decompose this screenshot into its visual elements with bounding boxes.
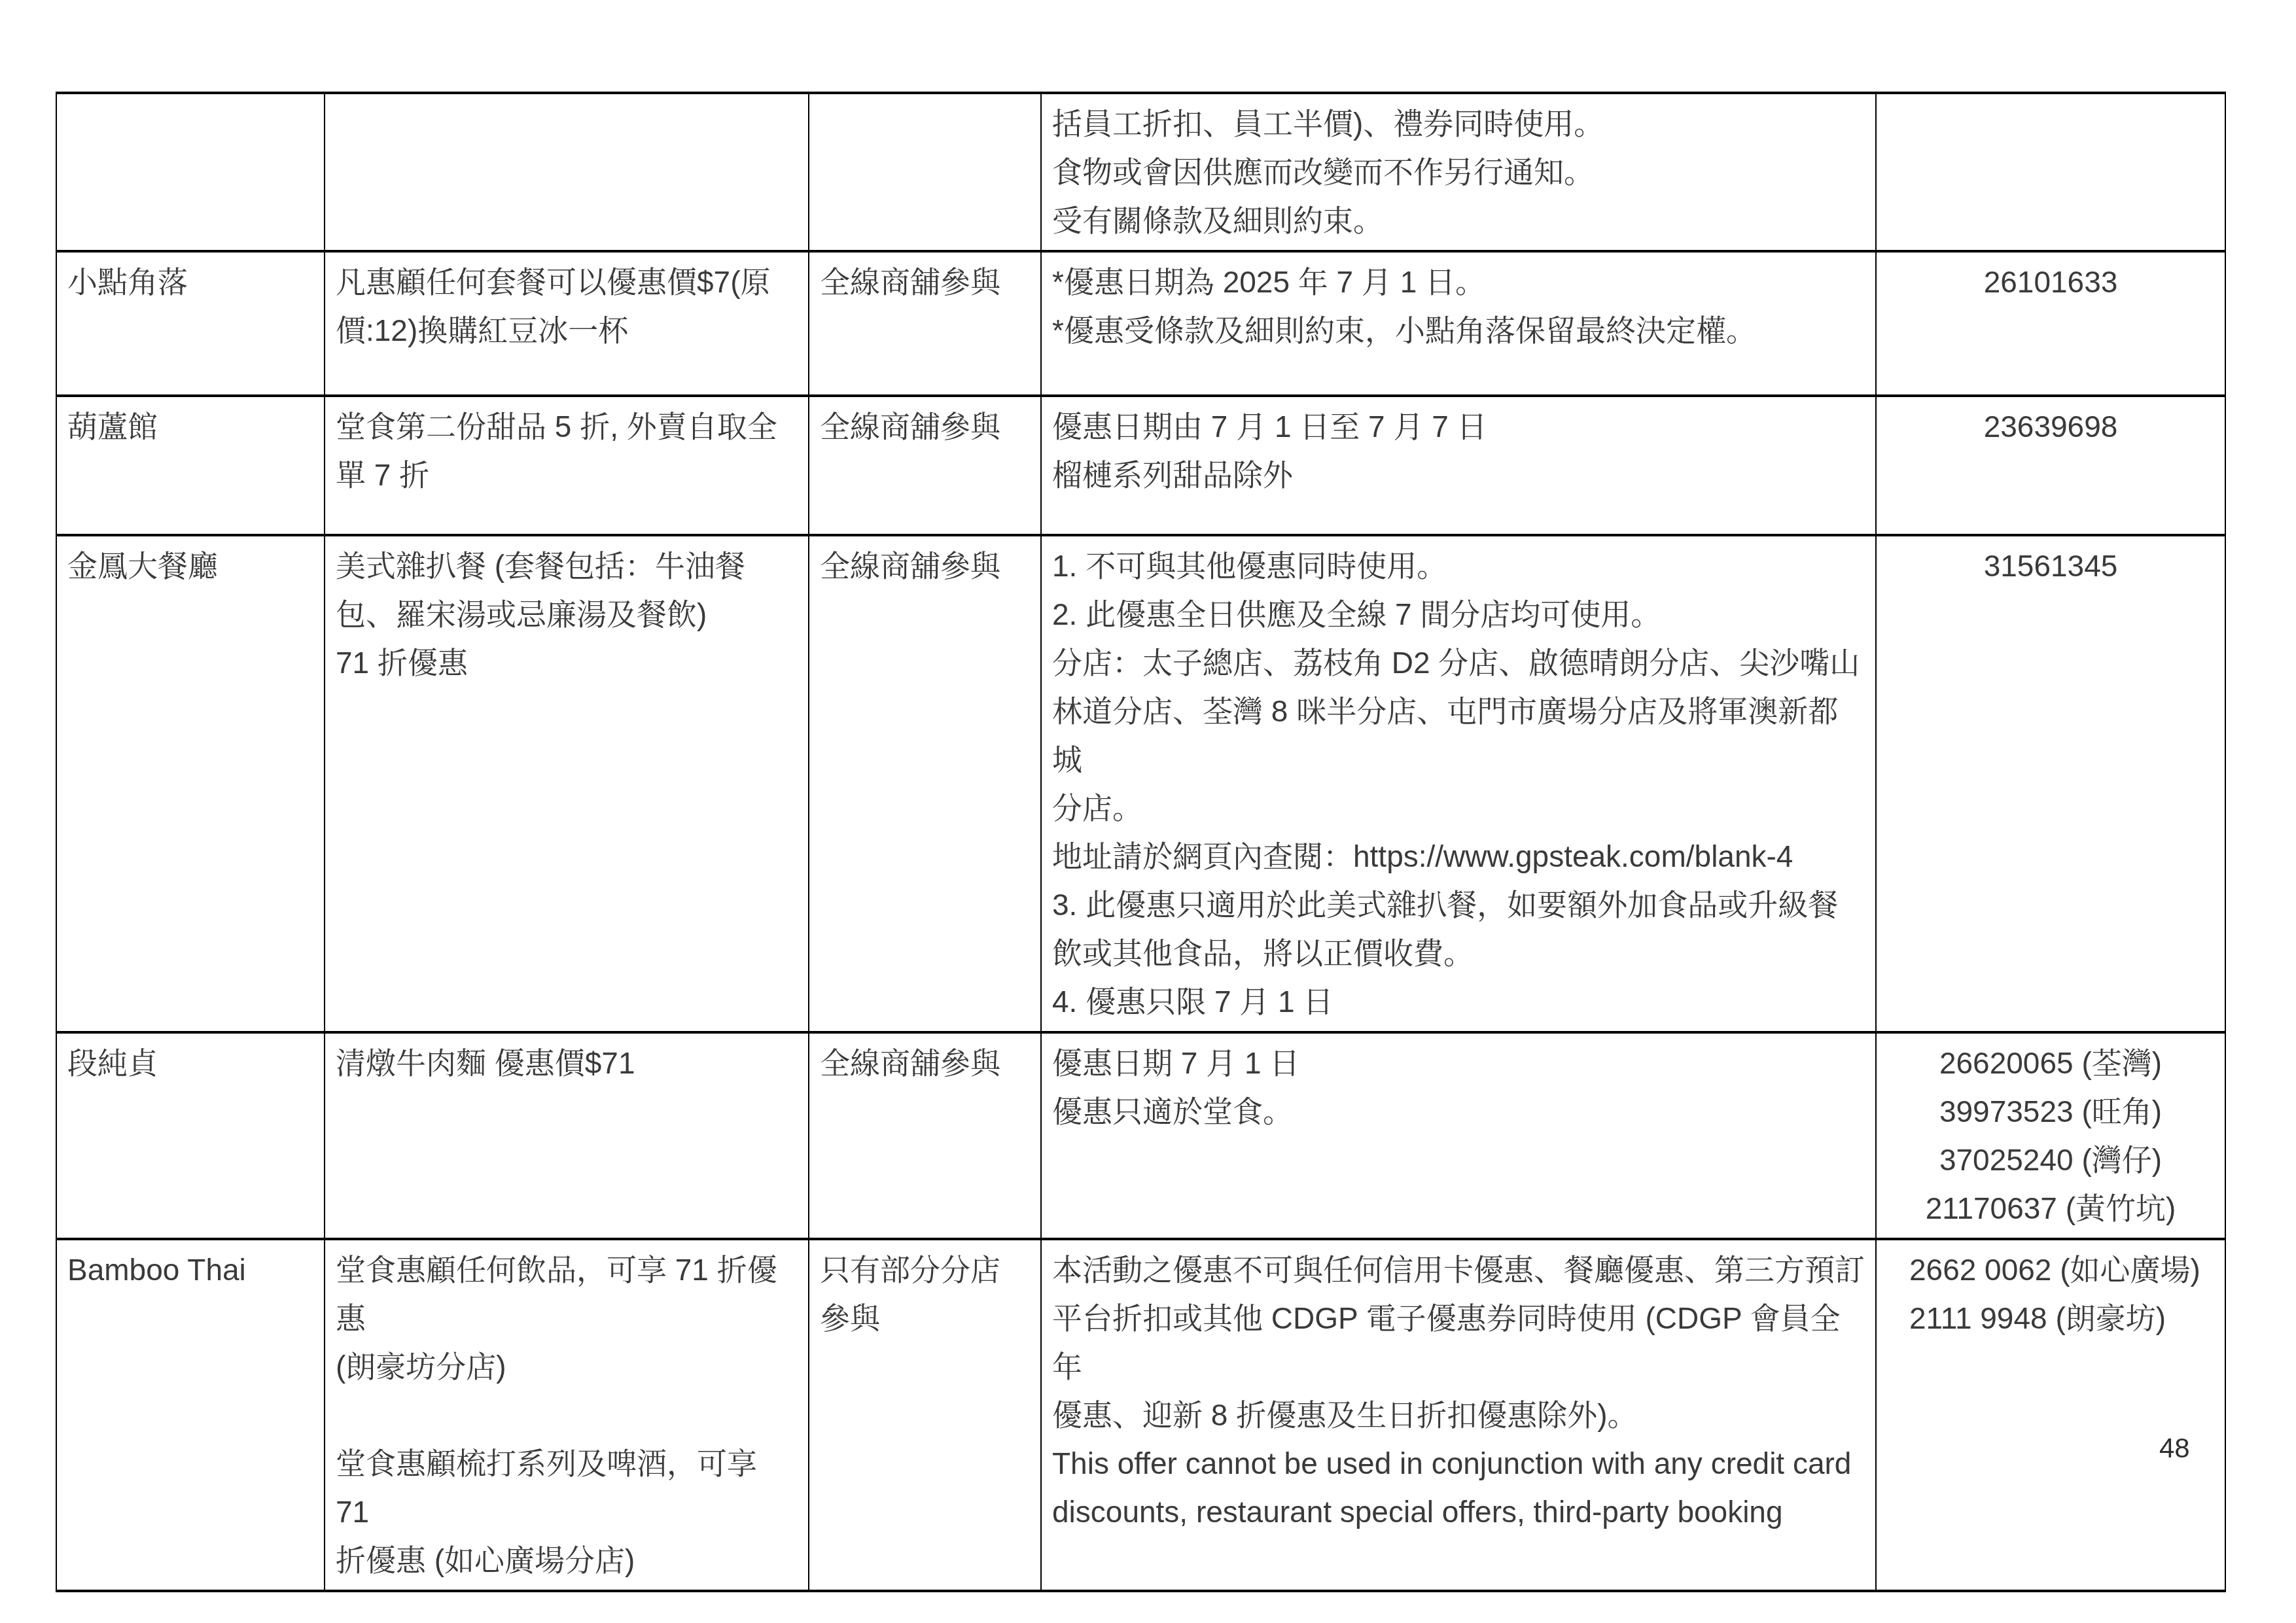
cell-restaurant-name: 小點角落 [56, 251, 325, 396]
cell-phone: 26101633 [1876, 251, 2225, 396]
cell-participation: 全線商舖參與 [809, 1032, 1041, 1239]
cell-terms: 優惠日期 7 月 1 日 優惠只適於堂食。 [1041, 1032, 1876, 1239]
cell-terms: 優惠日期由 7 月 1 日至 7 月 7 日 榴槤系列甜品除外 [1041, 396, 1876, 535]
cell-restaurant-name: 葫蘆館 [56, 396, 325, 535]
cell-participation: 只有部分分店 參與 [809, 1239, 1041, 1591]
cell-offer: 清燉牛肉麵 優惠價$71 [325, 1032, 809, 1239]
cell-phone [1876, 93, 2225, 251]
restaurant-offers-table: 括員工折扣、員工半價)、禮券同時使用。 食物或會因供應而改變而不作另行通知。 受… [56, 92, 2226, 1592]
cell-participation: 全線商舖參與 [809, 396, 1041, 535]
cell-phone: 23639698 [1876, 396, 2225, 535]
cell-participation: 全線商舖參與 [809, 251, 1041, 396]
cell-restaurant-name: 段純貞 [56, 1032, 325, 1239]
cell-phone: 26620065 (荃灣) 39973523 (旺角) 37025240 (灣仔… [1876, 1032, 2225, 1239]
cell-offer: 美式雜扒餐 (套餐包括：牛油餐 包、羅宋湯或忌廉湯及餐飲) 71 折優惠 [325, 535, 809, 1032]
table-row: 括員工折扣、員工半價)、禮券同時使用。 食物或會因供應而改變而不作另行通知。 受… [56, 93, 2225, 251]
cell-offer [325, 93, 809, 251]
cell-participation: 全線商舖參與 [809, 535, 1041, 1032]
cell-terms: *優惠日期為 2025 年 7 月 1 日。 *優惠受條款及細則約束，小點角落保… [1041, 251, 1876, 396]
cell-restaurant-name: 金鳳大餐廳 [56, 535, 325, 1032]
cell-terms: 括員工折扣、員工半價)、禮券同時使用。 食物或會因供應而改變而不作另行通知。 受… [1041, 93, 1876, 251]
table-row: 小點角落 凡惠顧任何套餐可以優惠價$7(原 價:12)換購紅豆冰一杯 全線商舖參… [56, 251, 2225, 396]
cell-terms: 1. 不可與其他優惠同時使用。 2. 此優惠全日供應及全線 7 間分店均可使用。… [1041, 535, 1876, 1032]
cell-restaurant-name: Bamboo Thai [56, 1239, 325, 1591]
cell-restaurant-name [56, 93, 325, 251]
table-row: 葫蘆館 堂食第二份甜品 5 折, 外賣自取全 單 7 折 全線商舖參與 優惠日期… [56, 396, 2225, 535]
cell-offer: 堂食惠顧任何飲品，可享 71 折優惠 (朗豪坊分店) 堂食惠顧梳打系列及啤酒，可… [325, 1239, 809, 1591]
table-row: 段純貞 清燉牛肉麵 優惠價$71 全線商舖參與 優惠日期 7 月 1 日 優惠只… [56, 1032, 2225, 1239]
cell-phone: 2662 0062 (如心廣場) 2111 9948 (朗豪坊) [1876, 1239, 2225, 1591]
cell-phone: 31561345 [1876, 535, 2225, 1032]
cell-terms: 本活動之優惠不可與任何信用卡優惠、餐廳優惠、第三方預訂 平台折扣或其他 CDGP… [1041, 1239, 1876, 1591]
cell-offer: 凡惠顧任何套餐可以優惠價$7(原 價:12)換購紅豆冰一杯 [325, 251, 809, 396]
table-row: Bamboo Thai 堂食惠顧任何飲品，可享 71 折優惠 (朗豪坊分店) 堂… [56, 1239, 2225, 1591]
table-row: 金鳳大餐廳 美式雜扒餐 (套餐包括：牛油餐 包、羅宋湯或忌廉湯及餐飲) 71 折… [56, 535, 2225, 1032]
document-page: 括員工折扣、員工半價)、禮券同時使用。 食物或會因供應而改變而不作另行通知。 受… [0, 0, 2296, 1623]
cell-offer: 堂食第二份甜品 5 折, 外賣自取全 單 7 折 [325, 396, 809, 535]
cell-participation [809, 93, 1041, 251]
page-number: 48 [2159, 1431, 2190, 1465]
